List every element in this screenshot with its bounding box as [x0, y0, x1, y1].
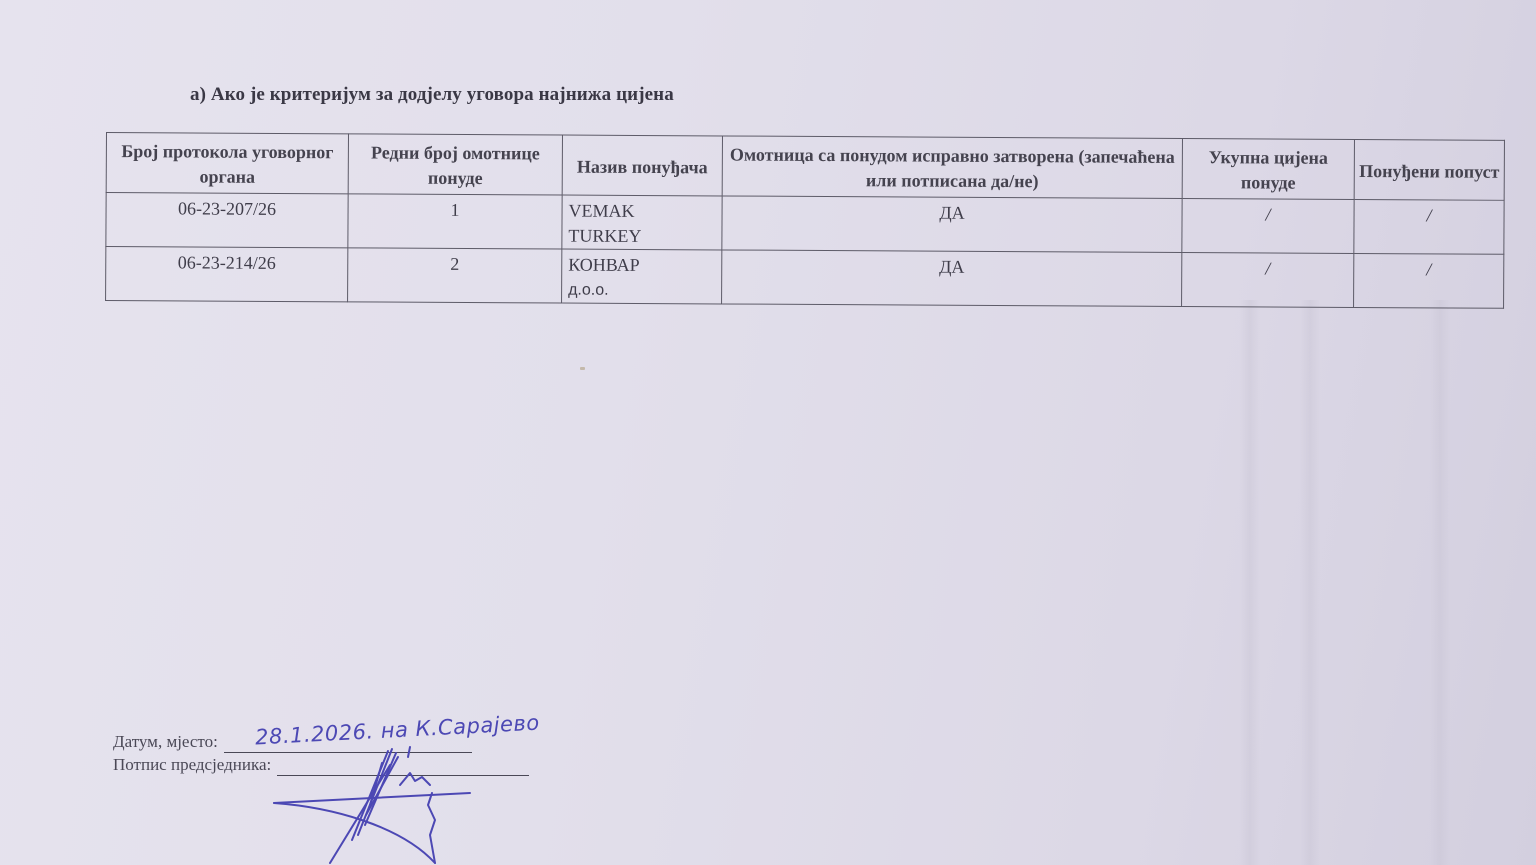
cell-protocol-number: 06-23-207/26 — [106, 193, 348, 248]
cell-bidder-name: VEMAK TURKEY — [562, 195, 722, 250]
cell-envelope-number: 2 — [348, 248, 562, 303]
header-envelope-number: Редни број омотнице понуде — [348, 134, 562, 195]
bidder-name-line1: VEMAK — [568, 199, 715, 225]
cell-envelope-sealed: ДА — [722, 250, 1182, 307]
header-total-price: Укупна цијена понуде — [1182, 139, 1354, 200]
cell-total-price: / — [1182, 253, 1354, 308]
header-envelope-sealed: Омотница са понудом исправно затворена (… — [722, 136, 1182, 199]
signature-label: Потпис предсједника: — [113, 753, 271, 776]
table-header-row: Број протокола уговорног органа Редни бр… — [106, 133, 1504, 201]
paper-fold-shadow — [1430, 300, 1450, 865]
scanned-document-page: а) Ако је критеријум за додјелу уговора … — [0, 0, 1536, 865]
header-protocol-number: Број протокола уговорног органа — [106, 133, 348, 194]
paper-fold-shadow — [1240, 300, 1260, 865]
cell-offered-discount: / — [1354, 199, 1504, 254]
header-offered-discount: Понуђени попуст — [1354, 139, 1504, 200]
date-place-label: Датум, мјесто: — [113, 730, 218, 753]
bids-table: Број протокола уговорног органа Редни бр… — [105, 132, 1505, 309]
cell-total-price: / — [1182, 199, 1354, 254]
table-row: 06-23-207/26 1 VEMAK TURKEY ДА / / — [106, 193, 1504, 255]
paper-speck — [580, 367, 585, 370]
section-heading: а) Ако је критеријум за додјелу уговора … — [190, 84, 674, 106]
handwritten-signature-icon — [270, 745, 490, 865]
cell-envelope-number: 1 — [348, 194, 562, 249]
paper-fold-shadow — [1300, 300, 1320, 865]
bidder-name-line2: TURKEY — [568, 224, 715, 250]
bidder-name-line1: КОНВАР — [568, 253, 715, 279]
bidder-name-line2: д.о.о. — [568, 278, 715, 304]
cell-offered-discount: / — [1354, 253, 1504, 308]
cell-bidder-name: КОНВАР д.о.о. — [562, 249, 722, 304]
table-row: 06-23-214/26 2 КОНВАР д.о.о. ДА / / — [106, 247, 1504, 309]
cell-envelope-sealed: ДА — [722, 196, 1182, 253]
header-bidder-name: Назив понуђача — [562, 135, 722, 196]
cell-protocol-number: 06-23-214/26 — [106, 247, 348, 302]
